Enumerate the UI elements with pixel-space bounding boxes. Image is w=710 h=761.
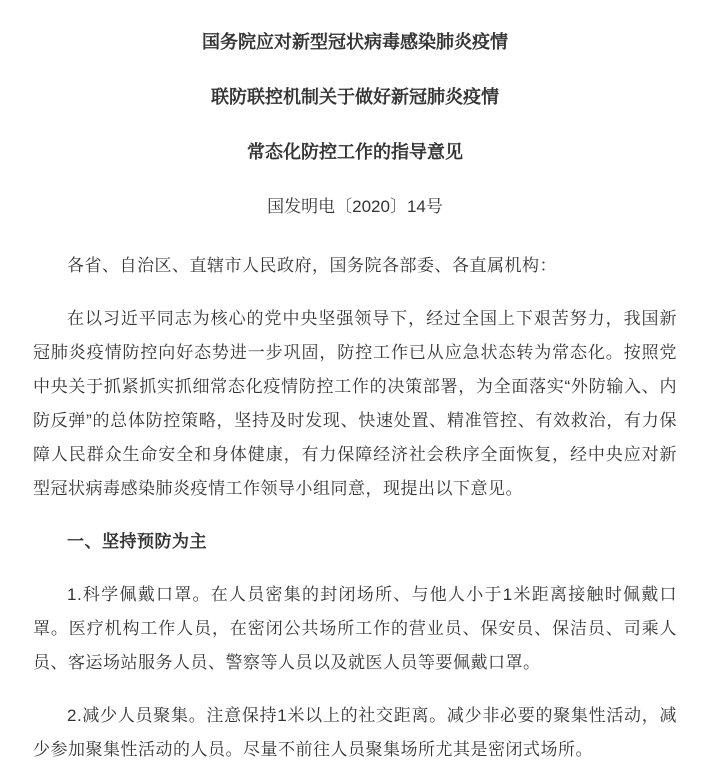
- document-title-line-2: 联防联控机制关于做好新冠肺炎疫情: [33, 85, 677, 109]
- document-page: 国务院应对新型冠状病毒感染肺炎疫情 联防联控机制关于做好新冠肺炎疫情 常态化防控…: [0, 0, 710, 761]
- intro-paragraph: 在以习近平同志为核心的党中央坚强领导下，经过全国上下艰苦努力，我国新冠肺炎疫情防…: [33, 302, 677, 506]
- document-title-line-3: 常态化防控工作的指导意见: [33, 140, 677, 164]
- measure-paragraph-2: 2.减少人员聚集。注意保持1米以上的社交距离。减少非必要的聚集性活动，减少参加聚…: [33, 699, 677, 761]
- measure-paragraph-1: 1.科学佩戴口罩。在人员密集的封闭场所、与他人小于1米距离接触时佩戴口罩。医疗机…: [33, 578, 677, 680]
- document-title-line-1: 国务院应对新型冠状病毒感染肺炎疫情: [33, 30, 677, 54]
- section-heading: 一、坚持预防为主: [33, 525, 677, 559]
- document-number: 国发明电〔2020〕14号: [33, 195, 677, 219]
- salutation-line: 各省、自治区、直辖市人民政府，国务院各部委、各直属机构：: [33, 249, 677, 283]
